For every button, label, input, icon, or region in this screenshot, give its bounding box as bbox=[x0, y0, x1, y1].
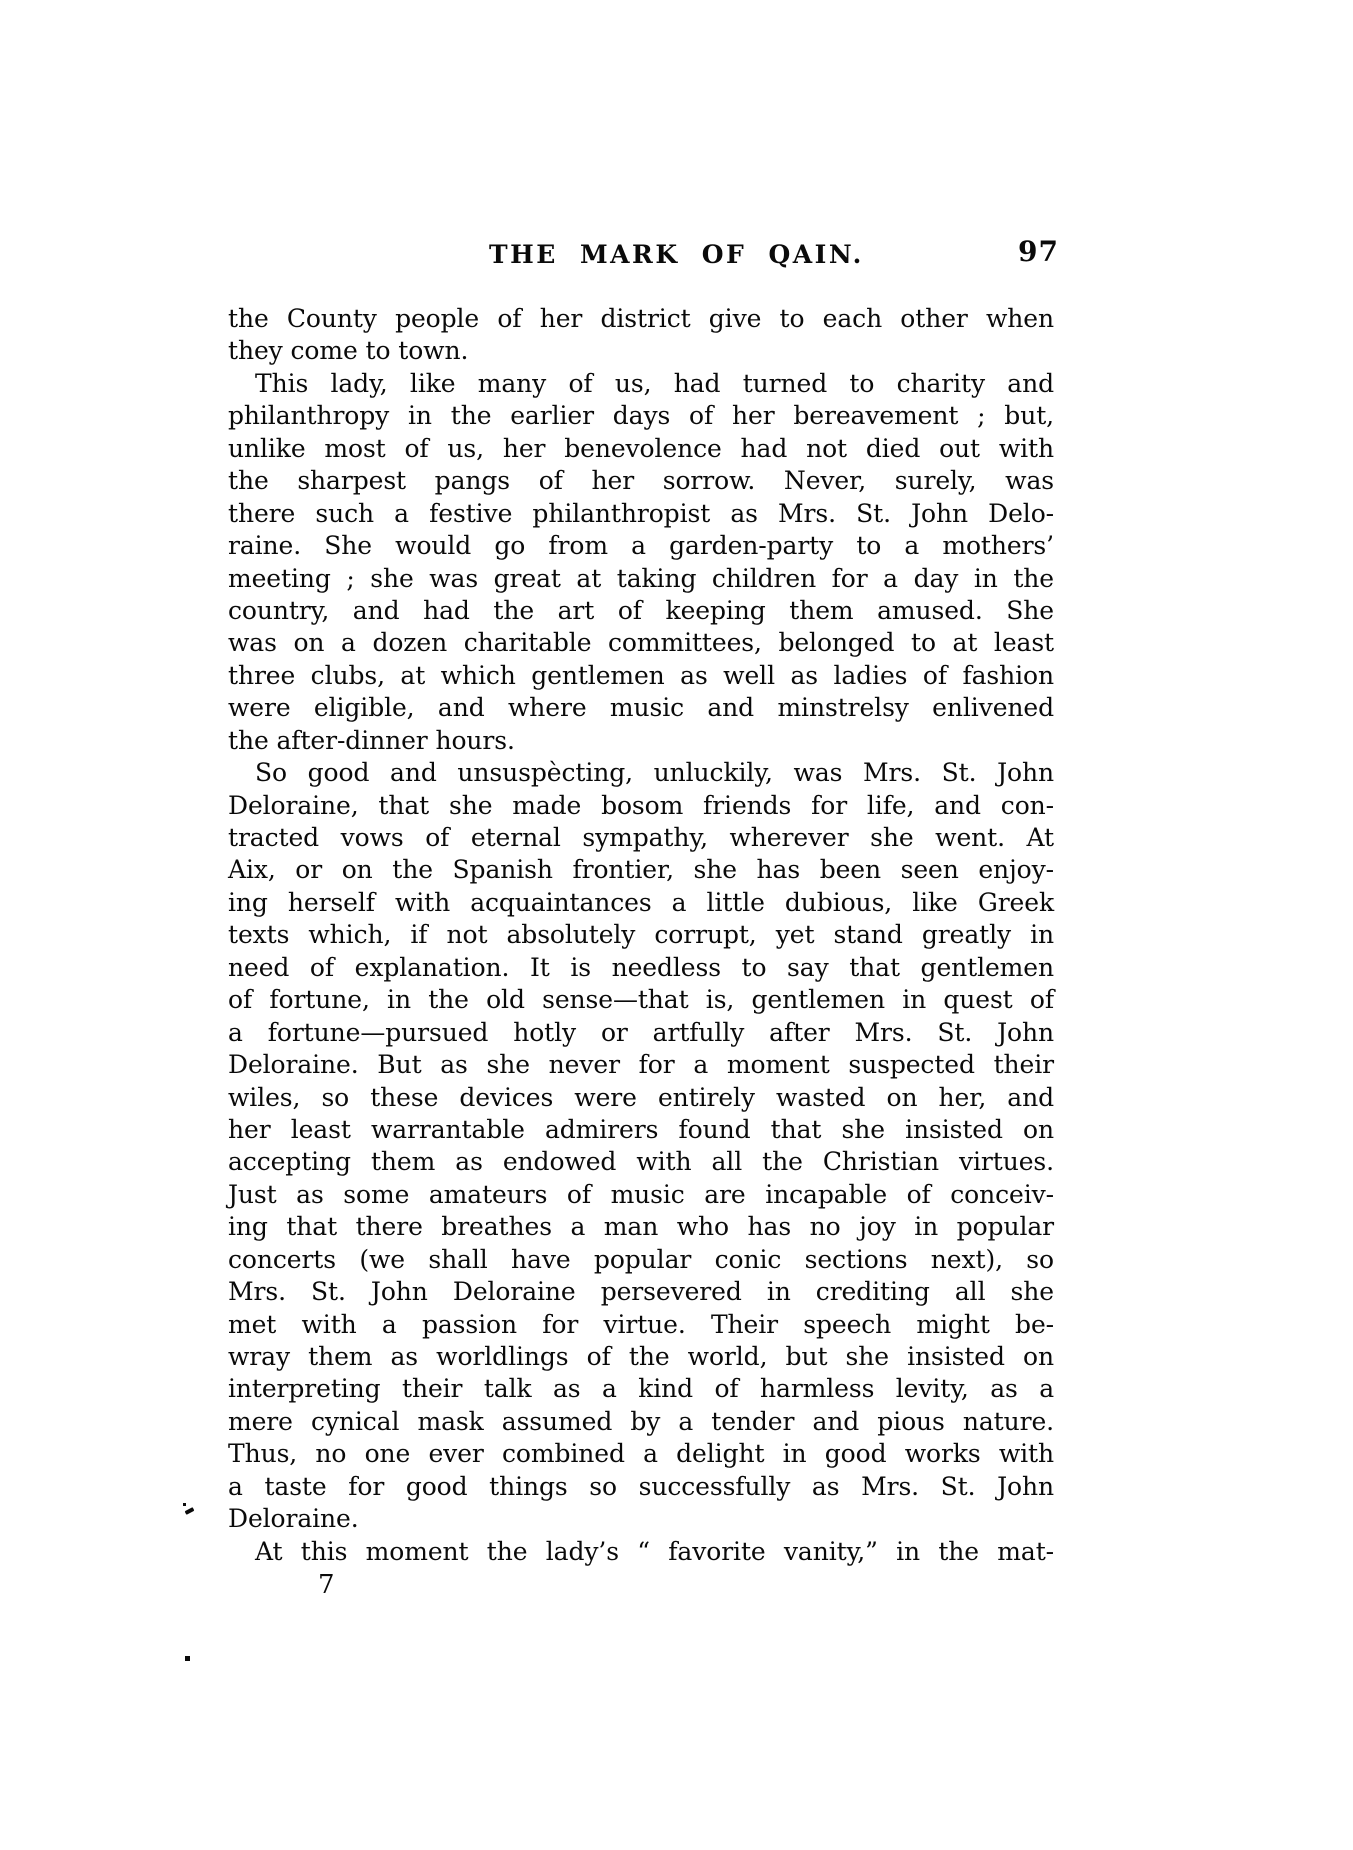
text-line: was on a dozen charitable committees, be… bbox=[228, 627, 1054, 659]
margin-ink-speck-dot bbox=[185, 1656, 190, 1661]
text-line: texts which, if not absolutely corrupt, … bbox=[228, 919, 1054, 951]
running-header-title: THE MARK OF QAIN. bbox=[489, 240, 864, 269]
text-line: they come to town. bbox=[228, 335, 1054, 367]
text-line: philanthropy in the earlier days of her … bbox=[228, 400, 1054, 432]
text-line: wray them as worldlings of the world, bu… bbox=[228, 1341, 1054, 1373]
text-line: Mrs. St. John Deloraine persevered in cr… bbox=[228, 1276, 1054, 1308]
text-line: unlike most of us, her benevolence had n… bbox=[228, 433, 1054, 465]
text-line: This lady, like many of us, had turned t… bbox=[228, 368, 1054, 400]
text-line: At this moment the lady’s “ favorite van… bbox=[228, 1536, 1054, 1568]
page-number: 97 bbox=[1018, 235, 1059, 268]
text-line: need of explanation. It is needless to s… bbox=[228, 952, 1054, 984]
text-line: there such a festive philanthropist as M… bbox=[228, 498, 1054, 530]
text-line: interpreting their talk as a kind of har… bbox=[228, 1373, 1054, 1405]
page-body-text: the County people of her district give t… bbox=[228, 303, 1054, 1568]
text-line: Deloraine. bbox=[228, 1503, 1054, 1535]
text-line: accepting them as endowed with all the C… bbox=[228, 1146, 1054, 1178]
text-line: the County people of her district give t… bbox=[228, 303, 1054, 335]
text-line: raine. She would go from a garden-party … bbox=[228, 530, 1054, 562]
signature-mark: 7 bbox=[318, 1570, 335, 1600]
text-line: ing herself with acquaintances a little … bbox=[228, 887, 1054, 919]
text-line: a taste for good things so successfully … bbox=[228, 1471, 1054, 1503]
text-line: Thus, no one ever combined a delight in … bbox=[228, 1438, 1054, 1470]
text-line: country, and had the art of keeping them… bbox=[228, 595, 1054, 627]
text-line: Just as some amateurs of music are incap… bbox=[228, 1179, 1054, 1211]
text-line: met with a passion for virtue. Their spe… bbox=[228, 1309, 1054, 1341]
text-line: three clubs, at which gentlemen as well … bbox=[228, 660, 1054, 692]
text-line: Deloraine. But as she never for a moment… bbox=[228, 1049, 1054, 1081]
text-line: Deloraine, that she made bosom friends f… bbox=[228, 790, 1054, 822]
text-line: her least warrantable admirers found tha… bbox=[228, 1114, 1054, 1146]
text-line: concerts (we shall have popular conic se… bbox=[228, 1244, 1054, 1276]
text-line: meeting ; she was great at taking childr… bbox=[228, 563, 1054, 595]
text-line: a fortune—pursued hotly or artfully afte… bbox=[228, 1017, 1054, 1049]
text-line: ing that there breathes a man who has no… bbox=[228, 1211, 1054, 1243]
text-line: mere cynical mask assumed by a tender an… bbox=[228, 1406, 1054, 1438]
text-line: the sharpest pangs of her sorrow. Never,… bbox=[228, 465, 1054, 497]
text-line: So good and unsuspècting, unluckily, was… bbox=[228, 757, 1054, 789]
book-page: THE MARK OF QAIN. 97 the County people o… bbox=[0, 0, 1353, 1850]
margin-ink-speck-comma bbox=[182, 1502, 196, 1517]
text-line: of fortune, in the old sense—that is, ge… bbox=[228, 984, 1054, 1016]
text-line: tracted vows of eternal sympathy, wherev… bbox=[228, 822, 1054, 854]
text-line: wiles, so these devices were entirely wa… bbox=[228, 1082, 1054, 1114]
text-line: Aix, or on the Spanish frontier, she has… bbox=[228, 854, 1054, 886]
text-line: the after-dinner hours. bbox=[228, 725, 1054, 757]
text-line: were eligible, and where music and minst… bbox=[228, 692, 1054, 724]
